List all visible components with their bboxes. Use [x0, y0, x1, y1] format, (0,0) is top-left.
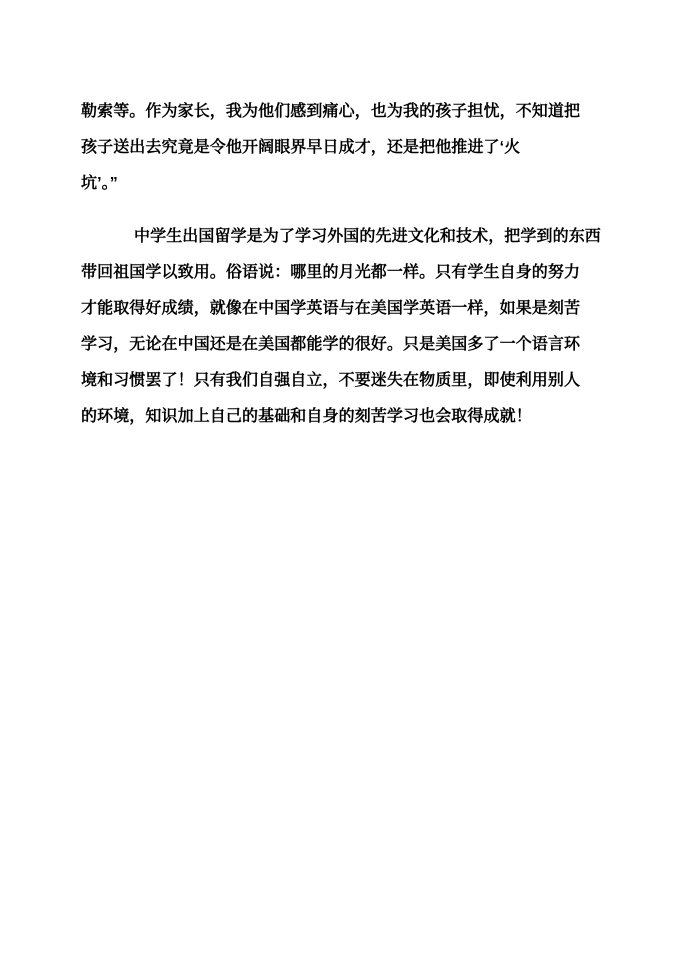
text-line: 孩子送出去究竟是令他开阔眼界早日成才，还是把他推进了‘火 [81, 130, 620, 166]
document-page: 勒索等。作为家长，我为他们感到痛心，也为我的孩子担忧，不知道把孩子送出去究竟是令… [0, 0, 690, 976]
text-line: 才能取得好成绩，就像在中国学英语与在美国学英语一样，如果是刻苦 [81, 291, 620, 327]
text-line: 勒索等。作为家长，我为他们感到痛心，也为我的孩子担忧，不知道把 [81, 94, 620, 130]
text-line: 坑’。” [81, 166, 620, 202]
document-content: 勒索等。作为家长，我为他们感到痛心，也为我的孩子担忧，不知道把孩子送出去究竟是令… [81, 94, 620, 452]
paragraph: 中学生出国留学是为了学习外国的先进文化和技术，把学到的东西带回祖国学以致用。俗语… [81, 219, 620, 435]
text-line: 境和习惯罢了！只有我们自强自立，不要迷失在物质里，即使利用别人 [81, 363, 620, 399]
text-line: 带回祖国学以致用。俗语说：哪里的月光都一样。只有学生自身的努力 [81, 255, 620, 291]
paragraph: 勒索等。作为家长，我为他们感到痛心，也为我的孩子担忧，不知道把孩子送出去究竟是令… [81, 94, 620, 202]
text-line: 中学生出国留学是为了学习外国的先进文化和技术，把学到的东西 [81, 219, 620, 255]
text-line: 的环境，知识加上自己的基础和自身的刻苦学习也会取得成就！ [81, 399, 620, 435]
text-line: 学习，无论在中国还是在美国都能学的很好。只是美国多了一个语言环 [81, 327, 620, 363]
